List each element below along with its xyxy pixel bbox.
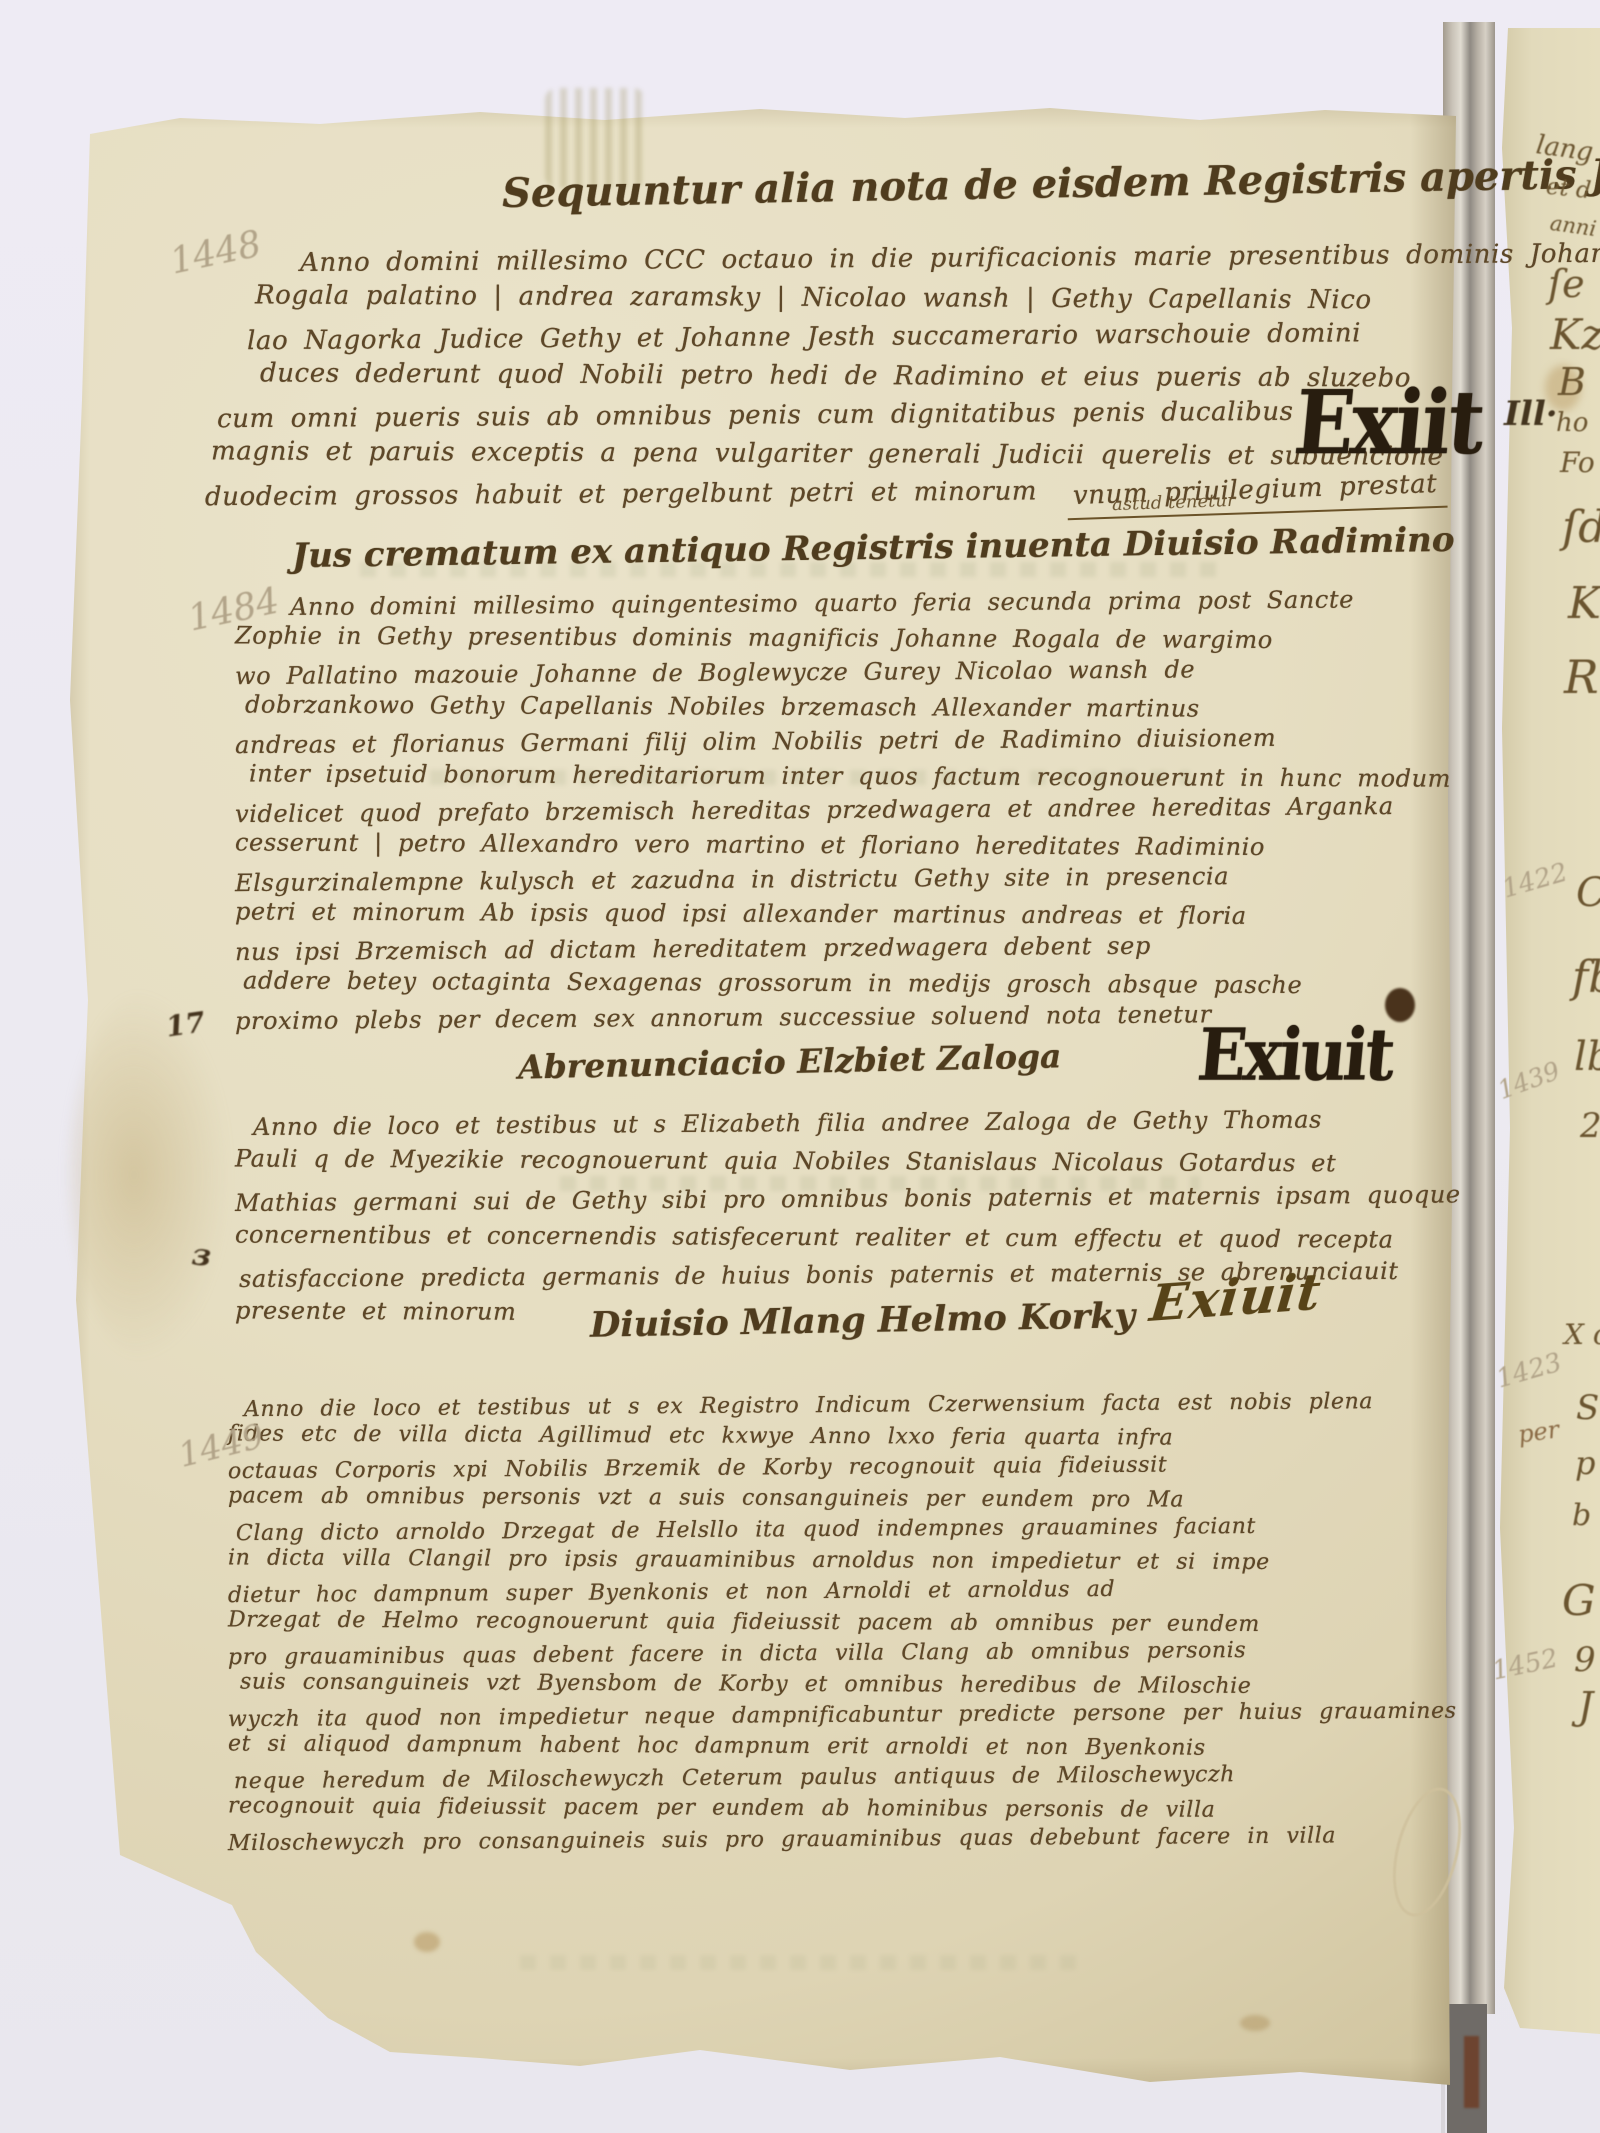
facing-note-per: per (1516, 1415, 1561, 1448)
manuscript-line: cum omni pueris suis ab omnibus penis cu… (217, 392, 1435, 440)
margin-mark-2: з (190, 1237, 213, 1274)
facing-fragment: G (1562, 1576, 1596, 1625)
facing-fragment: lb (1574, 1034, 1600, 1080)
facing-fragment: ſe (1548, 262, 1585, 306)
facing-fragment: fb (1572, 952, 1600, 1003)
manuscript-line: Mathias germani sui de Gethy sibi pro om… (235, 1176, 1385, 1222)
manuscript-line: Miloschewyczh pro consanguineis suis pro… (228, 1820, 1408, 1859)
interlinear-note: astud tenetur (1112, 490, 1236, 515)
facing-fragment: Kz (1550, 310, 1600, 359)
exiit-mark-3: Exiuit (1147, 1262, 1324, 1334)
facing-fragment: ho (1556, 408, 1588, 438)
manuscript-line: lao Nagorka Judice Gethy et Johanne Jest… (247, 314, 1435, 361)
facing-fragment: K (1568, 578, 1600, 629)
manuscript-line: Anno domini millesimo quingentesimo quar… (290, 582, 1415, 624)
facing-fragment: 9 (1574, 1640, 1596, 1680)
facing-fragment: S (1576, 1388, 1599, 1428)
facing-fragment: B (1558, 360, 1586, 404)
scanner-background: Sequuntur alia nota de eisdem Registris … (0, 0, 1600, 2133)
manuscript-line: concernentibus et concernendis satisfece… (235, 1215, 1385, 1258)
facing-fragment: Fo (1560, 446, 1595, 479)
facing-fragment: p (1575, 1444, 1595, 1482)
facing-fragment: Ill· (1504, 394, 1558, 434)
manuscript-line: duces dederunt quod Nobili petro hedi de… (260, 354, 1435, 398)
facing-fragment: R (1564, 650, 1599, 704)
manuscript-line: Anno die loco et testibus ut s Elizabeth… (253, 1100, 1385, 1146)
paragraph-4: Anno die loco et testibus ut s ex Regist… (228, 1390, 1408, 1855)
paragraph-2: Anno domini millesimo quingentesimo quar… (235, 586, 1415, 1035)
facing-fragment: X o (1564, 1318, 1600, 1351)
exiit-mark-1: Exiit (1290, 373, 1486, 475)
paragraph-1: Anno domini millesimo CCC octauo in die … (205, 240, 1435, 517)
facing-fragment: b (1572, 1498, 1591, 1533)
manuscript-line: duodecim grossos habuit et pergelbunt pe… (205, 470, 1435, 522)
line-text: duodecim grossos habuit et pergelbunt pe… (205, 472, 1037, 517)
margin-mark-1: 17 (164, 1005, 207, 1043)
facing-fragment: C (1576, 870, 1600, 916)
spine-leather-streak (1464, 2036, 1479, 2108)
manuscript-line: Rogala palatino | andrea zaramsky | Nico… (255, 276, 1435, 320)
manuscript-line: Anno domini millesimo CCC octauo in die … (300, 236, 1435, 283)
facing-fragment: ſd (1562, 502, 1600, 553)
manuscript-line: Pauli q de Myezikie recognouerunt quia N… (235, 1139, 1385, 1182)
facing-fragment: et d (1545, 174, 1592, 205)
facing-fragment: 2 (1580, 1106, 1600, 1146)
facing-fragment: J (1578, 1684, 1593, 1728)
exiit-mark-2: Exiuit (1194, 1014, 1396, 1098)
